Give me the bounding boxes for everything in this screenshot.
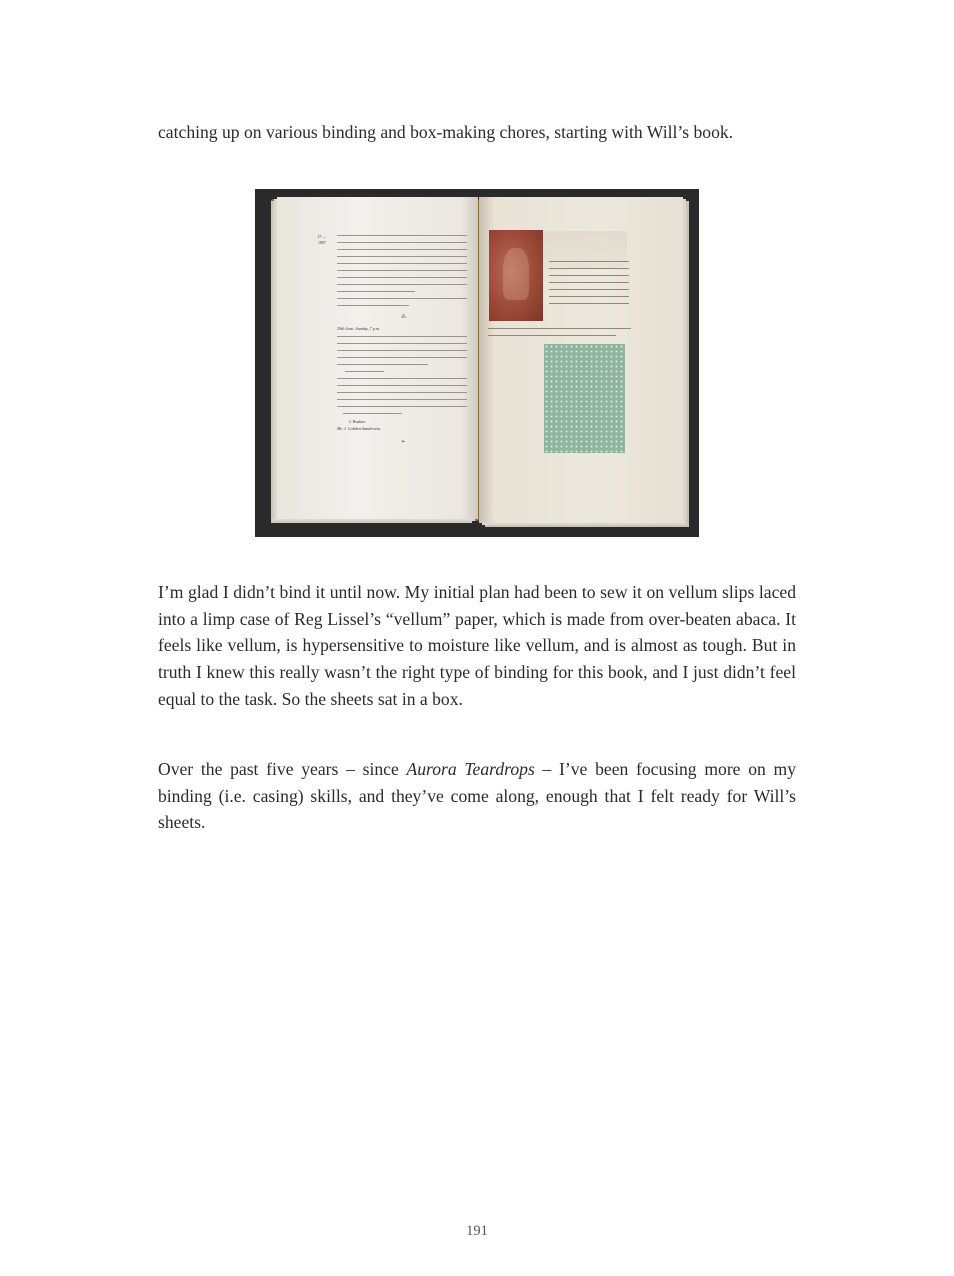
- quote-continuation: [488, 326, 638, 340]
- green-pattern-panel: [544, 344, 625, 453]
- portrait-print: [489, 230, 543, 321]
- closing-signature: J. Ruskin.: [349, 419, 479, 426]
- addressee: Mr. J. Cobden-Sanderson.: [337, 426, 467, 433]
- paragraph: Over the past five years – since Aurora …: [158, 756, 796, 836]
- date-line: 29th June, Sunday, 7 p.m.: [337, 326, 467, 333]
- left-page-letter-block: [337, 334, 467, 418]
- margin-note: 27 — 1887: [315, 234, 329, 246]
- ornament-end: ❧: [401, 439, 405, 445]
- paragraph-continuation: catching up on various binding and box-m…: [158, 119, 796, 146]
- paragraph: I’m glad I didn’t bind it until now. My …: [158, 579, 796, 713]
- text-run: Over the past five years – since: [158, 759, 406, 779]
- ornament-divider: ⁂: [401, 314, 406, 320]
- book-title-italic: Aurora Teardrops: [406, 759, 534, 779]
- open-book-photo: 27 — 1887 ⁂ 29th June, Sunday, 7 p.m. J.…: [255, 189, 699, 537]
- left-page-text-block: [337, 234, 467, 310]
- quote-block: [549, 259, 629, 308]
- page-number: 191: [0, 1223, 954, 1240]
